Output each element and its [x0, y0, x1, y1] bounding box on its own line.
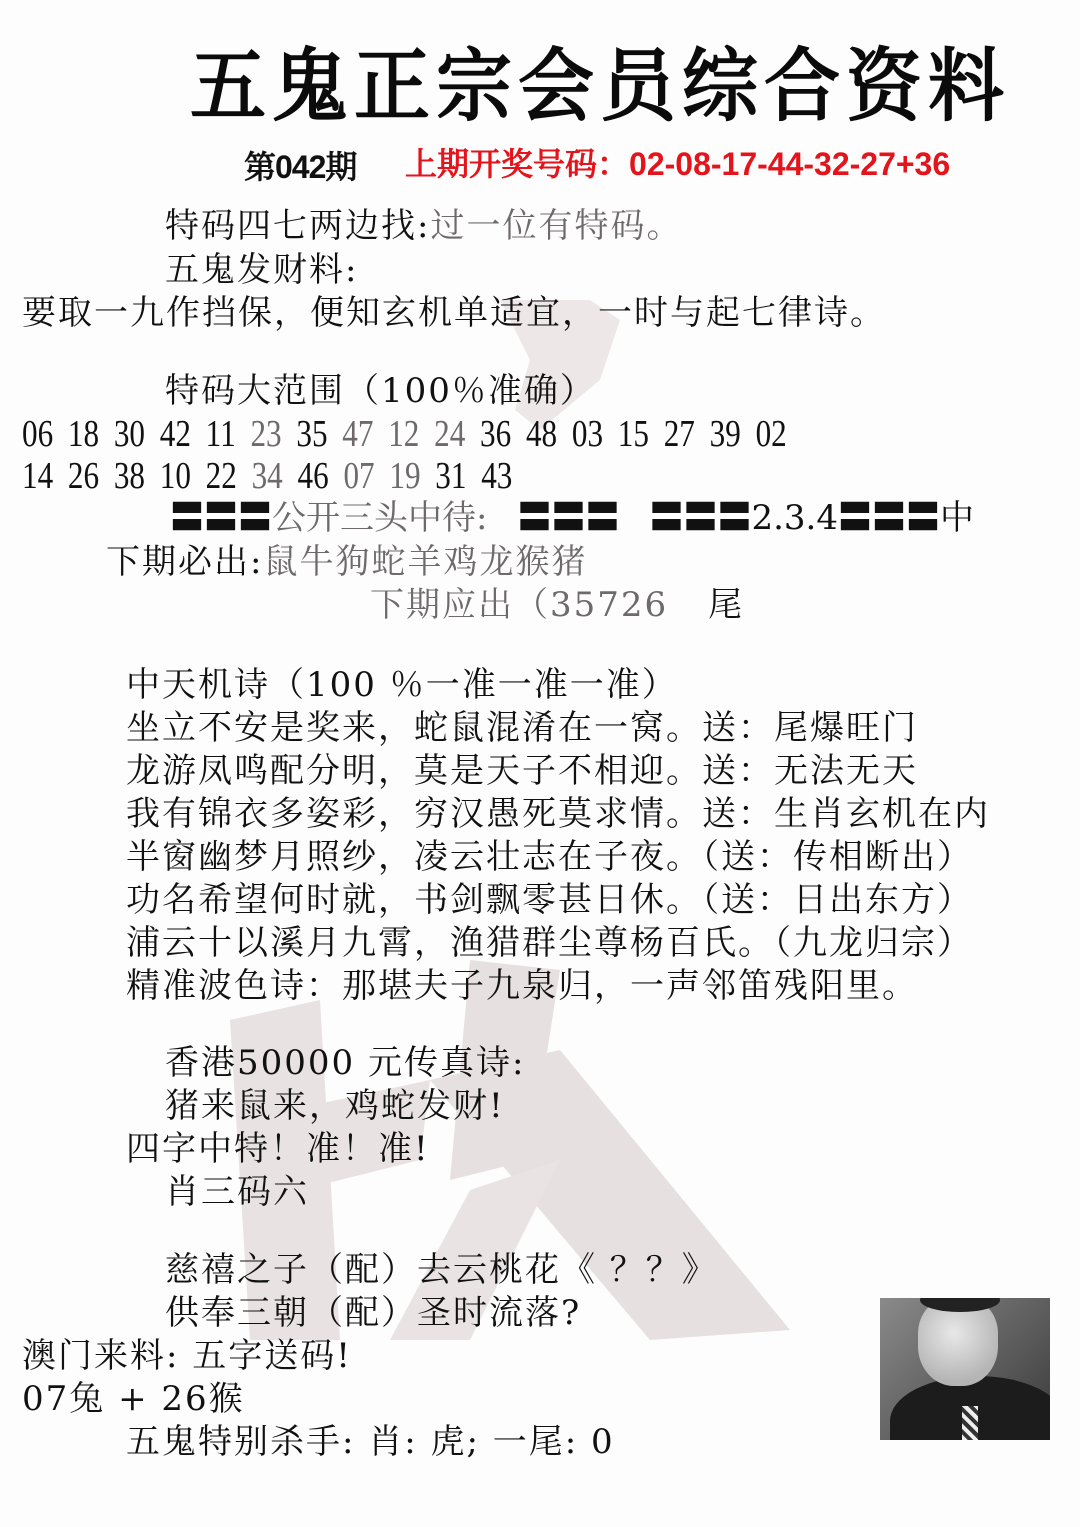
tema-47-label: 特码四七两边找: [165, 206, 430, 246]
range-number: 18 [68, 412, 99, 456]
range-number: 23 [250, 412, 281, 456]
issue-number: 第042期 [244, 145, 356, 189]
range-number: 48 [526, 412, 557, 456]
hk-line-2: 四字中特！准！准! [126, 1127, 430, 1171]
range-number: 15 [618, 412, 649, 456]
santou-suffix: 中 [940, 498, 974, 538]
tianji-line: 龙游凤鸣配分明，莫是天子不相迎。送：无法无天 [126, 749, 918, 793]
range-number: 31 [435, 454, 466, 498]
santou-line: 〓〓〓公开三头中待:〓〓〓〓〓〓2.3.4〓〓〓中 [170, 496, 974, 540]
tianji-line: 坐立不安是奖来，蛇鼠混淆在一窝。送：尾爆旺门 [126, 706, 918, 750]
last-draw-result: 上期开奖号码：02-08-17-44-32-27+36 [405, 142, 950, 186]
range-number: 19 [389, 454, 420, 498]
hk-line-3: 肖三码六 [165, 1170, 309, 1214]
tianji-line: 我有锦衣多姿彩，穷汉愚死莫求情。送：生肖玄机在内 [126, 792, 990, 836]
tianji-line: 浦云十以溪月九霄，渔猎群尘尊杨百氏。（九龙归宗） [126, 921, 973, 965]
range-number: 22 [206, 454, 237, 498]
range-number: 42 [160, 412, 191, 456]
range-number: 03 [572, 412, 603, 456]
range-row-2: 1426381022344607193143 [22, 454, 527, 498]
bichu-line: 下期必出:鼠牛狗蛇羊鸡龙猴猪 [106, 540, 587, 584]
range-number: 39 [710, 412, 741, 456]
range-number: 26 [68, 454, 99, 498]
santou-value: 2.3.4 [751, 498, 838, 538]
range-number: 02 [756, 412, 787, 456]
range-number: 47 [342, 412, 373, 456]
pei-line-1: 慈禧之子（配）去云桃花《 ？？》 [165, 1248, 718, 1292]
range-label: 特码大范围（100％准确） [165, 369, 596, 413]
facai-label: 五鬼发财料: [165, 248, 358, 292]
block-decoration: 〓〓〓 [838, 496, 940, 540]
facai-poem: 要取一九作挡保，便知玄机单适宜，一时与起七律诗。 [22, 291, 886, 335]
block-decoration: 〓〓〓 [649, 496, 751, 540]
bichu-label: 下期必出: [106, 542, 263, 582]
tema-47-value: 过一位有特码。 [430, 206, 682, 246]
tema-47-line: 特码四七两边找:过一位有特码。 [165, 204, 682, 248]
range-number: 34 [252, 454, 283, 498]
range-number: 38 [114, 454, 145, 498]
killer-line: 五鬼特别杀手: 肖: 虎; 一尾: 0 [126, 1420, 615, 1464]
santou-label: 公开三头中待: [272, 498, 487, 538]
range-number: 11 [206, 412, 236, 456]
macau-label: 澳门来料: 五字送码! [22, 1334, 352, 1378]
tianji-line: 功名希望何时就，书剑飘零甚日休。（送：日出东方） [126, 878, 973, 922]
range-number: 35 [296, 412, 327, 456]
yingchu-text: 下期应出（35726 [370, 585, 668, 625]
pei-line-2: 供奉三朝（配）圣时流落? [165, 1291, 581, 1335]
hk-title: 香港50000 元传真诗: [165, 1041, 525, 1085]
block-decoration: 〓〓〓 [170, 496, 272, 540]
yingchu-suffix: 尾 [708, 585, 744, 625]
last-draw-numbers: 02-08-17-44-32-27+36 [629, 146, 950, 182]
range-number: 36 [480, 412, 511, 456]
range-number: 46 [298, 454, 329, 498]
range-number: 12 [388, 412, 419, 456]
block-decoration: 〓〓〓 [517, 496, 619, 540]
yingchu-line: 下期应出（35726尾 [370, 583, 744, 627]
range-number: 30 [114, 412, 145, 456]
range-number: 06 [22, 412, 53, 456]
range-number: 10 [160, 454, 191, 498]
portrait-photo [880, 1298, 1050, 1440]
tianji-title: 中天机诗（100 ％一准一准一准） [126, 663, 678, 707]
range-number: 43 [481, 454, 512, 498]
hk-line-1: 猪来鼠来，鸡蛇发财! [165, 1084, 505, 1128]
range-number: 07 [343, 454, 374, 498]
range-number: 27 [664, 412, 695, 456]
range-row-1: 0618304211233547122436480315273902 [22, 412, 801, 456]
range-number: 14 [22, 454, 53, 498]
range-number: 24 [434, 412, 465, 456]
last-draw-label: 上期开奖号码： [405, 146, 629, 182]
bichu-value: 鼠牛狗蛇羊鸡龙猴猪 [263, 542, 587, 582]
photo-tie-shape [962, 1406, 978, 1440]
tianji-line: 半窗幽梦月照纱，凌云壮志在子夜。（送：传相断出） [126, 835, 973, 879]
page-title: 五鬼正宗会员综合资料 [190, 36, 1050, 137]
tianji-line: 精准波色诗：那堪夫子九泉归，一声邻笛残阳里。 [126, 964, 918, 1008]
macau-value: 07兔 + 26猴 [22, 1377, 245, 1421]
